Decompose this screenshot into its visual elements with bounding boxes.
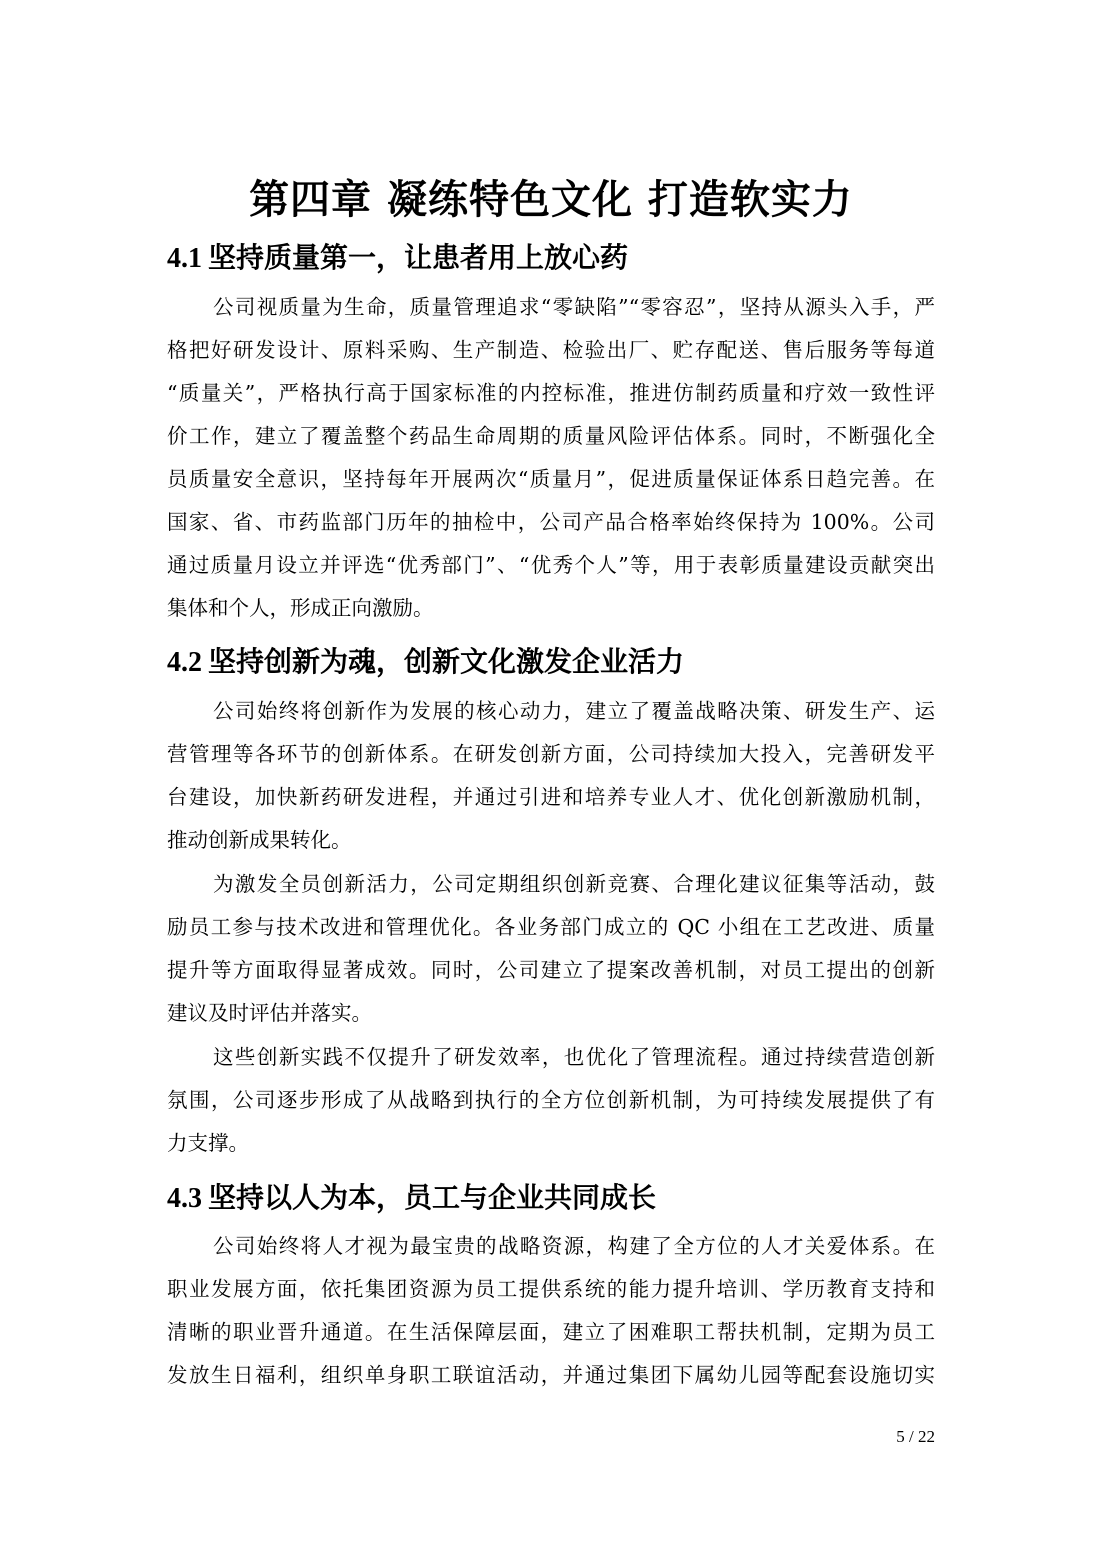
- text-line: 职业发展方面，依托集团资源为员工提供系统的能力提升培训、学历教育支持和: [167, 1274, 935, 1304]
- text-line: 公司视质量为生命，质量管理追求“零缺陷”“零容忍”，坚持从源头入手，严: [213, 292, 935, 322]
- text-line: 建议及时评估并落实。: [167, 998, 935, 1028]
- text-line: 为激发全员创新活力，公司定期组织创新竞赛、合理化建议征集等活动，鼓: [213, 869, 935, 899]
- text-line: 集体和个人，形成正向激励。: [167, 593, 935, 623]
- text-line: 台建设，加快新药研发进程，并通过引进和培养专业人才、优化创新激励机制，: [167, 782, 935, 812]
- text-line: 清晰的职业晋升通道。在生活保障层面，建立了困难职工帮扶机制，定期为员工: [167, 1317, 935, 1347]
- text-line: 这些创新实践不仅提升了研发效率，也优化了管理流程。通过持续营造创新: [213, 1042, 935, 1072]
- document-page: 第四章 凝练特色文化 打造软实力 4.1坚持质量第一，让患者用上放心药 公司视质…: [0, 0, 1102, 1559]
- text-line: 国家、省、市药监部门历年的抽检中，公司产品合格率始终保持为 100%。公司: [167, 507, 935, 537]
- section-heading-4-2: 4.2坚持创新为魂，创新文化激发企业活力: [167, 642, 937, 682]
- page-number: 5 / 22: [835, 1426, 935, 1448]
- section-number: 4.2: [167, 647, 202, 678]
- text-line: 价工作，建立了覆盖整个药品生命周期的质量风险评估体系。同时，不断强化全: [167, 421, 935, 451]
- section-title: 坚持质量第一，让患者用上放心药: [208, 241, 628, 274]
- text-line: 通过质量月设立并评选“优秀部门”、“优秀个人”等，用于表彰质量建设贡献突出: [167, 550, 935, 580]
- text-line: 员质量安全意识，坚持每年开展两次“质量月”，促进质量保证体系日趋完善。在: [167, 464, 935, 494]
- text-line: 提升等方面取得显著成效。同时，公司建立了提案改善机制，对员工提出的创新: [167, 955, 935, 985]
- text-line: 发放生日福利，组织单身职工联谊活动，并通过集团下属幼儿园等配套设施切实: [167, 1360, 935, 1390]
- section-heading-4-3: 4.3坚持以人为本，员工与企业共同成长: [167, 1178, 937, 1218]
- section-title: 坚持以人为本，员工与企业共同成长: [208, 1181, 656, 1214]
- text-line: 推动创新成果转化。: [167, 825, 935, 855]
- text-line: 格把好研发设计、原料采购、生产制造、检验出厂、贮存配送、售后服务等每道: [167, 335, 935, 365]
- chapter-title: 第四章 凝练特色文化 打造软实力: [0, 170, 1102, 230]
- text-line: “质量关”，严格执行高于国家标准的内控标准，推进仿制药质量和疗效一致性评: [167, 378, 935, 408]
- text-line: 氛围，公司逐步形成了从战略到执行的全方位创新机制，为可持续发展提供了有: [167, 1085, 935, 1115]
- section-number: 4.1: [167, 243, 202, 274]
- section-number: 4.3: [167, 1183, 202, 1214]
- text-line: 励员工参与技术改进和管理优化。各业务部门成立的 QC 小组在工艺改进、质量: [167, 912, 935, 942]
- section-heading-4-1: 4.1坚持质量第一，让患者用上放心药: [167, 238, 937, 278]
- section-title: 坚持创新为魂，创新文化激发企业活力: [208, 645, 684, 678]
- text-line: 公司始终将创新作为发展的核心动力，建立了覆盖战略决策、研发生产、运: [213, 696, 935, 726]
- text-line: 公司始终将人才视为最宝贵的战略资源，构建了全方位的人才关爱体系。在: [213, 1231, 935, 1261]
- text-line: 营管理等各环节的创新体系。在研发创新方面，公司持续加大投入，完善研发平: [167, 739, 935, 769]
- text-line: 力支撑。: [167, 1128, 935, 1158]
